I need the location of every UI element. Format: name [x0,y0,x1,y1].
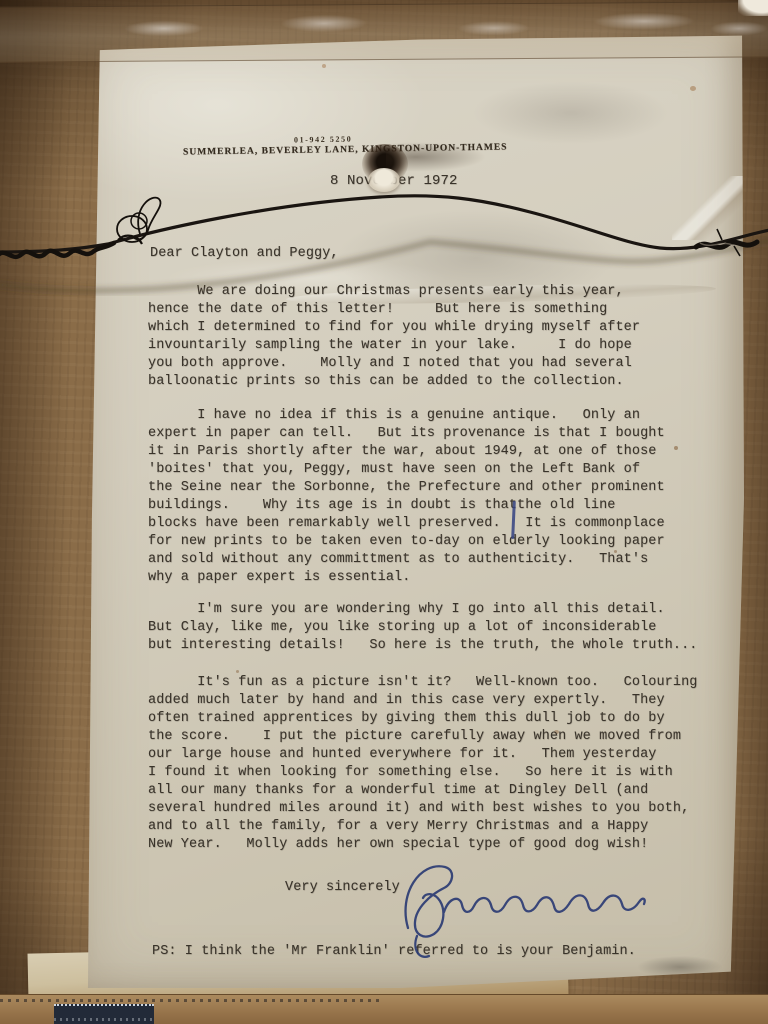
framers-label [54,1004,154,1024]
fox-spot [690,86,696,91]
fox-spot [322,64,326,68]
paper-sheet: SUMMERLEA, BEVERLEY LANE, KINGSTON-UPON-… [86,28,744,988]
closing: Very sincerely [285,879,400,897]
top-tape-strip [0,1,768,62]
signature [386,856,666,988]
fox-spot [236,670,239,673]
paragraph-3: I'm sure you are wondering why I go into… [148,601,698,655]
letterhead-phone: 01-942 5250 [294,135,352,145]
soot-stain [386,142,486,172]
paragraph-4: It's fun as a picture isn't it? Well-kno… [148,674,698,854]
paper-crease [672,176,746,240]
fox-spot [674,446,678,450]
salutation: Dear Clayton and Peggy, [150,245,339,263]
letter-photo: SUMMERLEA, BEVERLEY LANE, KINGSTON-UPON-… [0,0,768,1024]
paragraph-1: We are doing our Christmas presents earl… [148,283,640,391]
corner-tape-patch [738,0,768,16]
paragraph-2: I have no idea if this is a genuine anti… [148,407,665,587]
